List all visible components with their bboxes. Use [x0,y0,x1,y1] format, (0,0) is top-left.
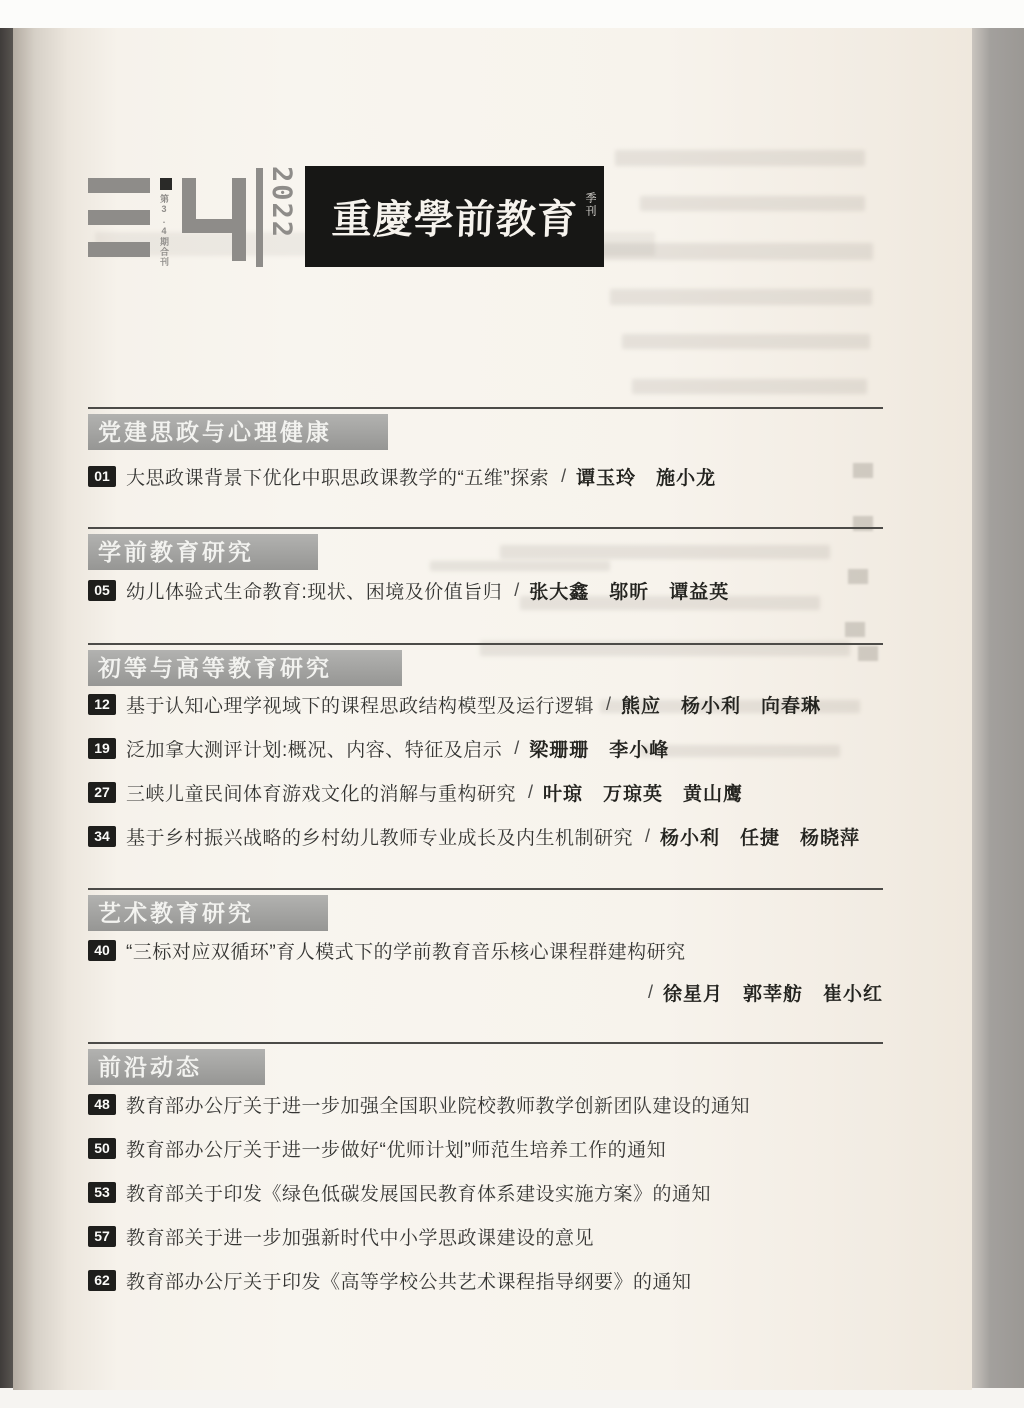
toc-item-authors-line: / 徐星月 郭莘舫 崔小红 [88,977,883,1007]
page-number-badge: 01 [88,466,116,487]
scan-margin-top [0,0,1024,30]
section-header-xueqian: 学前教育研究 [88,534,318,570]
bleed-through-artifact [622,334,870,349]
toc-item: 40 “三标对应双循环”育人模式下的学前教育音乐核心课程群建构研究 [88,935,948,965]
article-title: 教育部办公厅关于进一步加强全国职业院校教师教学创新团队建设的通知 [126,1091,750,1118]
combined-issue-label: 第3.4期合刊 [158,194,171,272]
toc-item: 27 三峡儿童民间体育游戏文化的消解与重构研究 / 叶琼 万琼英 黄山鹰 [88,777,948,807]
toc-item: 48 教育部办公厅关于进一步加强全国职业院校教师教学创新团队建设的通知 [88,1089,948,1119]
article-title: 大思政课背景下优化中职思政课教学的“五维”探索 [126,463,549,490]
scan-margin-bottom [0,1388,1024,1408]
toc-item: 12 基于认知心理学视域下的课程思政结构模型及运行逻辑 / 熊应 杨小利 向春琳 [88,689,948,719]
article-title: 幼儿体验式生命教育:现状、困境及价值旨归 [126,577,502,604]
article-title: 基于认知心理学视域下的课程思政结构模型及运行逻辑 [126,691,594,718]
toc-item: 05 幼儿体验式生命教育:现状、困境及价值旨归 / 张大鑫 邬昕 谭益英 [88,575,948,605]
author-separator: / [514,580,519,601]
journal-masthead: 3 第3.4期合刊 4 2022 重慶學前教育 季刊 [88,166,604,267]
section-divider-line [88,1042,883,1044]
section-divider-line [88,643,883,645]
section-header-chudeng: 初等与高等教育研究 [88,650,402,686]
article-title: “三标对应双循环”育人模式下的学前教育音乐核心课程群建构研究 [126,937,686,964]
page-number-badge: 34 [88,826,116,847]
bleed-through-artifact [615,150,865,166]
article-authors: 谭玉玲 施小龙 [576,463,716,490]
toc-item: 57 教育部关于进一步加强新时代中小学思政课建设的意见 [88,1221,948,1251]
toc-item: 34 基于乡村振兴战略的乡村幼儿教师专业成长及内生机制研究 / 杨小利 任捷 杨… [88,821,948,851]
article-title: 教育部办公厅关于进一步做好“优师计划”师范生培养工作的通知 [126,1135,666,1162]
article-title: 教育部办公厅关于印发《高等学校公共艺术课程指导纲要》的通知 [126,1267,692,1294]
journal-title-box: 重慶學前教育 季刊 [305,166,604,267]
scan-margin-right [972,28,1024,1390]
logo-divider [256,168,263,267]
bleed-through-artifact [430,561,610,571]
section-divider-line [88,888,883,890]
article-authors: 杨小利 任捷 杨晓萍 [660,823,860,850]
toc-item: 53 教育部关于印发《绿色低碳发展国民教育体系建设实施方案》的通知 [88,1177,948,1207]
article-title: 教育部关于印发《绿色低碳发展国民教育体系建设实施方案》的通知 [126,1179,711,1206]
section-header-yishu: 艺术教育研究 [88,895,328,931]
page-number-badge: 57 [88,1226,116,1247]
article-title: 泛加拿大测评计划:概况、内容、特征及启示 [126,735,502,762]
journal-toc-page: 3 第3.4期合刊 4 2022 重慶學前教育 季刊 党建思政与心理健康 01 … [13,28,972,1390]
page-number-badge: 12 [88,694,116,715]
article-title: 基于乡村振兴战略的乡村幼儿教师专业成长及内生机制研究 [126,823,633,850]
author-separator: / [606,694,611,715]
bleed-through-artifact [610,289,872,305]
author-separator: / [561,466,566,487]
article-title: 教育部关于进一步加强新时代中小学思政课建设的意见 [126,1223,594,1250]
article-authors: 熊应 杨小利 向春琳 [621,691,821,718]
author-separator: / [645,826,650,847]
page-number-badge: 48 [88,1094,116,1115]
section-header-qianyan: 前沿动态 [88,1049,265,1085]
bleed-through-artifact [640,196,865,211]
page-number-badge: 50 [88,1138,116,1159]
journal-title: 重慶學前教育 [331,188,579,245]
bleed-through-artifact [632,379,867,394]
article-title: 三峡儿童民间体育游戏文化的消解与重构研究 [126,779,516,806]
author-separator: / [528,782,533,803]
article-authors: 叶琼 万琼英 黄山鹰 [543,779,743,806]
bleed-through-artifact [598,243,873,260]
bleed-through-artifact [845,622,865,637]
bleed-through-artifact [500,545,830,559]
year-label: 2022 [266,166,296,267]
page-number-badge: 62 [88,1270,116,1291]
author-separator: / [514,738,519,759]
section-header-dangjian: 党建思政与心理健康 [88,414,388,450]
toc-item: 62 教育部办公厅关于印发《高等学校公共艺术课程指导纲要》的通知 [88,1265,948,1295]
toc-item: 19 泛加拿大测评计划:概况、内容、特征及启示 / 梁珊珊 李小峰 [88,733,948,763]
page-number-badge: 27 [88,782,116,803]
toc-item: 01 大思政课背景下优化中职思政课教学的“五维”探索 / 谭玉玲 施小龙 [88,461,948,491]
page-number-badge: 53 [88,1182,116,1203]
journal-subtitle: 季刊 [582,192,598,218]
page-number-badge: 40 [88,940,116,961]
article-authors: 梁珊珊 李小峰 [529,735,669,762]
author-separator: / [648,982,653,1003]
section-divider-line [88,407,883,409]
section-divider-line [88,527,883,529]
toc-item: 50 教育部办公厅关于进一步做好“优师计划”师范生培养工作的通知 [88,1133,948,1163]
issue-label-square [160,178,172,190]
article-authors: 张大鑫 邬昕 谭益英 [529,577,729,604]
page-number-badge: 05 [88,580,116,601]
scan-gutter-shadow [0,28,13,1390]
article-authors: 徐星月 郭莘舫 崔小红 [663,979,883,1006]
bleed-through-artifact [858,646,878,661]
page-number-badge: 19 [88,738,116,759]
